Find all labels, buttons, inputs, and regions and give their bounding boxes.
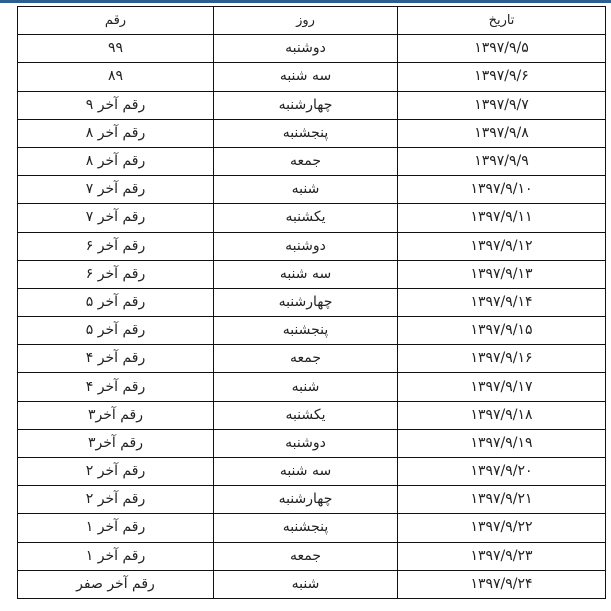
cell-number: رقم آخر ۶ — [18, 260, 214, 288]
table-row: ۱۳۹۷/۹/۱۸یکشنبهرقم آخر۳ — [18, 401, 606, 429]
cell-number: رقم آخر ۷ — [18, 204, 214, 232]
cell-number: رقم آخر ۵ — [18, 288, 214, 316]
table-row: ۱۳۹۷/۹/۲۲پنجشنبهرقم آخر ۱ — [18, 514, 606, 542]
cell-day: سه شنبه — [214, 63, 398, 91]
table-row: ۱۳۹۷/۹/۱۶جمعهرقم آخر ۴ — [18, 345, 606, 373]
cell-day: پنجشنبه — [214, 119, 398, 147]
cell-date: ۱۳۹۷/۹/۲۰ — [398, 458, 606, 486]
table-row: ۱۳۹۷/۹/۱۷شنبهرقم آخر ۴ — [18, 373, 606, 401]
cell-day: یکشنبه — [214, 401, 398, 429]
table-row: ۱۳۹۷/۹/۶سه شنبه۸۹ — [18, 63, 606, 91]
table-row: ۱۳۹۷/۹/۱۳سه شنبهرقم آخر ۶ — [18, 260, 606, 288]
cell-number: رقم آخر ۲ — [18, 486, 214, 514]
cell-number: رقم آخر ۸ — [18, 119, 214, 147]
table-row: ۱۳۹۷/۹/۷چهارشنبهرقم آخر ۹ — [18, 91, 606, 119]
cell-number: رقم آخر ۴ — [18, 373, 214, 401]
table-row: ۱۳۹۷/۹/۱۹دوشنبهرقم آخر۳ — [18, 429, 606, 457]
cell-number: رقم آخر ۹ — [18, 91, 214, 119]
cell-date: ۱۳۹۷/۹/۲۲ — [398, 514, 606, 542]
cell-day: جمعه — [214, 345, 398, 373]
cell-day: یکشنبه — [214, 204, 398, 232]
table-row: ۱۳۹۷/۹/۱۴چهارشنبهرقم آخر ۵ — [18, 288, 606, 316]
header-row: تاریخ روز رقم — [18, 7, 606, 35]
table-row: ۱۳۹۷/۹/۱۱یکشنبهرقم آخر ۷ — [18, 204, 606, 232]
cell-day: دوشنبه — [214, 35, 398, 63]
header-date: تاریخ — [398, 7, 606, 35]
table-row: ۱۳۹۷/۹/۲۰سه شنبهرقم آخر ۲ — [18, 458, 606, 486]
cell-date: ۱۳۹۷/۹/۱۵ — [398, 317, 606, 345]
cell-date: ۱۳۹۷/۹/۱۷ — [398, 373, 606, 401]
cell-day: چهارشنبه — [214, 486, 398, 514]
cell-number: رقم آخر صفر — [18, 570, 214, 598]
schedule-table: تاریخ روز رقم ۱۳۹۷/۹/۵دوشنبه۹۹۱۳۹۷/۹/۶سه… — [17, 6, 606, 599]
table-row: ۱۳۹۷/۹/۵دوشنبه۹۹ — [18, 35, 606, 63]
table-body: ۱۳۹۷/۹/۵دوشنبه۹۹۱۳۹۷/۹/۶سه شنبه۸۹۱۳۹۷/۹/… — [18, 35, 606, 599]
cell-number: رقم آخر۳ — [18, 401, 214, 429]
cell-day: جمعه — [214, 542, 398, 570]
cell-number: رقم آخر ۴ — [18, 345, 214, 373]
cell-number: رقم آخر ۸ — [18, 147, 214, 175]
cell-date: ۱۳۹۷/۹/۱۰ — [398, 176, 606, 204]
cell-day: جمعه — [214, 147, 398, 175]
table-row: ۱۳۹۷/۹/۱۰شنبهرقم آخر ۷ — [18, 176, 606, 204]
cell-number: ۹۹ — [18, 35, 214, 63]
cell-date: ۱۳۹۷/۹/۶ — [398, 63, 606, 91]
cell-day: چهارشنبه — [214, 91, 398, 119]
top-accent-bar — [0, 0, 611, 3]
table-row: ۱۳۹۷/۹/۱۲دوشنبهرقم آخر ۶ — [18, 232, 606, 260]
table-row: ۱۳۹۷/۹/۲۳جمعهرقم آخر ۱ — [18, 542, 606, 570]
cell-date: ۱۳۹۷/۹/۱۸ — [398, 401, 606, 429]
cell-day: چهارشنبه — [214, 288, 398, 316]
cell-number: رقم آخر ۲ — [18, 458, 214, 486]
cell-date: ۱۳۹۷/۹/۲۳ — [398, 542, 606, 570]
cell-date: ۱۳۹۷/۹/۱۱ — [398, 204, 606, 232]
cell-day: پنجشنبه — [214, 514, 398, 542]
cell-day: دوشنبه — [214, 232, 398, 260]
cell-date: ۱۳۹۷/۹/۱۴ — [398, 288, 606, 316]
cell-number: رقم آخر ۷ — [18, 176, 214, 204]
cell-date: ۱۳۹۷/۹/۷ — [398, 91, 606, 119]
table-row: ۱۳۹۷/۹/۲۴شنبهرقم آخر صفر — [18, 570, 606, 598]
cell-date: ۱۳۹۷/۹/۵ — [398, 35, 606, 63]
cell-date: ۱۳۹۷/۹/۸ — [398, 119, 606, 147]
cell-day: دوشنبه — [214, 429, 398, 457]
cell-date: ۱۳۹۷/۹/۲۱ — [398, 486, 606, 514]
cell-date: ۱۳۹۷/۹/۹ — [398, 147, 606, 175]
cell-number: رقم آخر ۱ — [18, 542, 214, 570]
cell-date: ۱۳۹۷/۹/۲۴ — [398, 570, 606, 598]
cell-day: شنبه — [214, 176, 398, 204]
cell-number: رقم آخر ۱ — [18, 514, 214, 542]
cell-date: ۱۳۹۷/۹/۱۳ — [398, 260, 606, 288]
cell-number: رقم آخر ۶ — [18, 232, 214, 260]
cell-number: رقم آخر ۵ — [18, 317, 214, 345]
cell-day: شنبه — [214, 570, 398, 598]
header-number: رقم — [18, 7, 214, 35]
cell-number: ۸۹ — [18, 63, 214, 91]
table-row: ۱۳۹۷/۹/۲۱چهارشنبهرقم آخر ۲ — [18, 486, 606, 514]
cell-date: ۱۳۹۷/۹/۱۶ — [398, 345, 606, 373]
table-row: ۱۳۹۷/۹/۸پنجشنبهرقم آخر ۸ — [18, 119, 606, 147]
table-row: ۱۳۹۷/۹/۹جمعهرقم آخر ۸ — [18, 147, 606, 175]
cell-day: شنبه — [214, 373, 398, 401]
cell-day: سه شنبه — [214, 458, 398, 486]
header-day: روز — [214, 7, 398, 35]
cell-date: ۱۳۹۷/۹/۱۹ — [398, 429, 606, 457]
cell-date: ۱۳۹۷/۹/۱۲ — [398, 232, 606, 260]
cell-day: سه شنبه — [214, 260, 398, 288]
cell-number: رقم آخر۳ — [18, 429, 214, 457]
cell-day: پنجشنبه — [214, 317, 398, 345]
table-row: ۱۳۹۷/۹/۱۵پنجشنبهرقم آخر ۵ — [18, 317, 606, 345]
